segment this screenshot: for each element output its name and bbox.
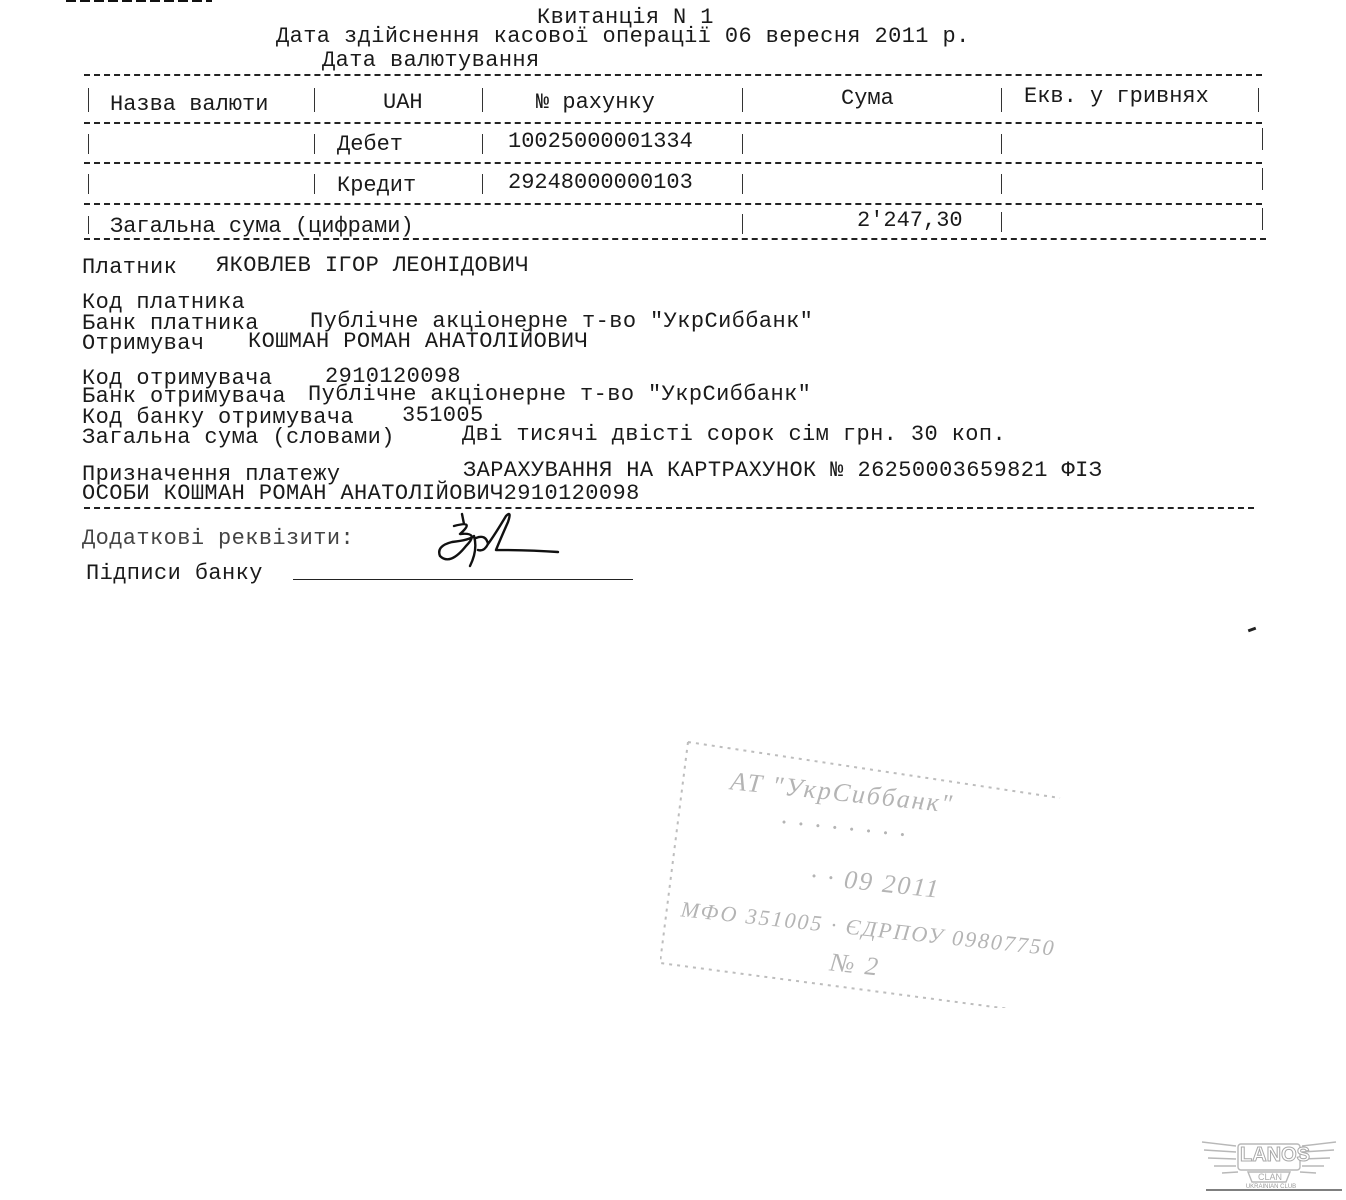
col-header-amount: Сума <box>841 88 894 110</box>
table-bar <box>1262 208 1263 230</box>
table-bar <box>742 88 743 112</box>
table-bar <box>1001 174 1002 194</box>
top-dash-line <box>66 0 212 2</box>
stamp-line4: № 2 <box>829 947 882 982</box>
table-bar <box>742 174 743 194</box>
watermark-logo: LANOS CLAN UKRAINIAN CLUB <box>1196 1132 1342 1194</box>
table-bar <box>742 214 743 234</box>
bank-stamp: АТ "УкрСиббанк" · · · · · · · · · · 09 2… <box>660 738 1070 1008</box>
table-bar <box>482 174 483 194</box>
table-bar <box>482 134 483 154</box>
amount-words-label: Загальна сума (словами) <box>82 427 395 449</box>
logo-tagline: UKRAINIAN CLUB <box>1226 1184 1316 1190</box>
signature-icon <box>430 510 570 580</box>
table-bar <box>88 216 89 234</box>
table-bar <box>314 134 315 154</box>
purpose-line1: ЗАРАХУВАННЯ НА КАРТРАХУНОК № 26250003659… <box>463 460 1102 482</box>
payer-name: ЯКОВЛЕВ ІГОР ЛЕОНІДОВИЧ <box>216 255 529 277</box>
payer-label: Платник <box>82 257 177 279</box>
row-account: 10025000001334 <box>508 131 693 153</box>
table-border-top <box>84 74 1262 76</box>
table-divider <box>84 203 1262 205</box>
scan-speck <box>1248 627 1257 633</box>
operation-date-line: Дата здійснення касової операції 06 вере… <box>276 26 970 48</box>
logo-sub: CLAN <box>1252 1172 1288 1182</box>
row-account: 29248000000103 <box>508 172 693 194</box>
row-type: Кредит <box>337 175 416 197</box>
amount-words-value: Дві тисячі двісті сорок сім грн. 30 коп. <box>462 424 1006 446</box>
table-bar <box>314 174 315 194</box>
recipient-bank: Публічне акціонерне т-во "УкрСиббанк" <box>308 384 811 406</box>
col-header-currency: Назва валюти <box>110 94 268 116</box>
table-bar <box>88 88 89 112</box>
col-header-equivalent: Екв. у гривнях <box>1024 86 1209 108</box>
table-bar <box>88 174 89 194</box>
table-bar <box>1262 128 1263 150</box>
recipient-label: Отримувач <box>82 333 204 355</box>
total-value: 2'247,30 <box>857 210 963 232</box>
separator-line <box>84 507 1254 509</box>
bank-signatures-label: Підписи банку <box>86 563 263 585</box>
table-bar <box>314 88 315 112</box>
total-label: Загальна сума (цифрами) <box>110 216 414 238</box>
table-divider <box>84 122 1262 124</box>
table-bar <box>88 134 89 154</box>
table-bar <box>742 134 743 154</box>
row-type: Дебет <box>337 134 403 156</box>
value-date-label: Дата валютування <box>322 50 540 72</box>
table-bar <box>1001 212 1002 232</box>
table-bar <box>482 88 483 112</box>
extra-details-label: Додаткові реквізити: <box>82 528 354 550</box>
logo-brand: LANOS <box>1240 1144 1300 1167</box>
col-header-account: № рахунку <box>536 92 655 114</box>
table-bar <box>1262 168 1263 190</box>
table-bar <box>1001 88 1002 112</box>
col-header-uah: UAH <box>383 92 423 114</box>
table-bar <box>1258 88 1259 112</box>
purpose-line2: ОСОБИ КОШМАН РОМАН АНАТОЛІЙОВИЧ291012009… <box>82 483 640 505</box>
table-divider <box>84 162 1262 164</box>
table-bar <box>1001 134 1002 154</box>
recipient-name: КОШМАН РОМАН АНАТОЛІЙОВИЧ <box>248 331 588 353</box>
